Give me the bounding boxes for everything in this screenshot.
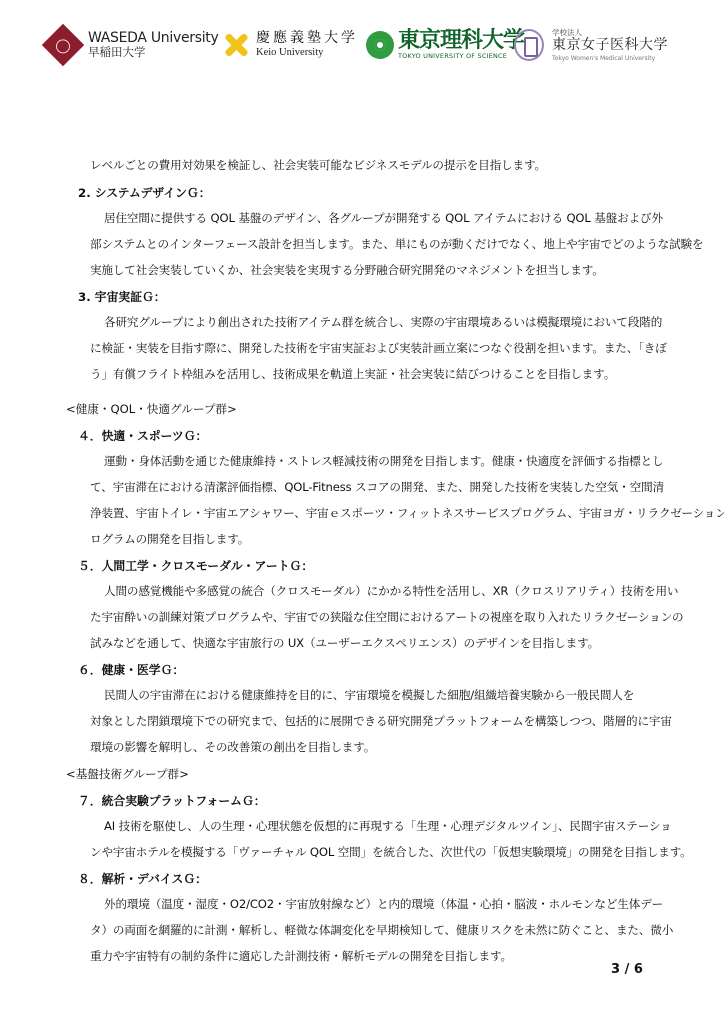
twmu-name-jp: 東京女子医科大学 [552, 37, 668, 55]
keio-logo: 慶應義塾大学 Keio University [224, 22, 358, 68]
group-3-line: う」有償フライト枠組みを活用し、技術成果を軌道上実証・社会実装に結びつけることを… [90, 366, 615, 382]
group-7-line: ンや宇宙ホテルを模擬する「ヴァーチャル QOL 空間」を統合した、次世代の「仮想… [90, 844, 692, 860]
tus-name-en: TOKYO UNIVERSITY OF SCIENCE [398, 52, 524, 60]
group-8-heading: ８．解析・デバイスＧ： [78, 870, 207, 887]
group-4-line: 浄装置、宇宙トイレ・宇宙エアシャワー、宇宙ｅスポーツ・フィットネスサービスプログ… [90, 505, 724, 521]
keio-pen-mark-icon [224, 33, 248, 57]
group-5-line: た宇宙酔いの訓練対策プログラムや、宇宙での狭隘な住空間におけるアートの視座を取り… [90, 609, 683, 625]
group-3-line: 各研究グループにより創出された技術アイテム群を統合し、実際の宇宙環境あるいは模擬… [104, 314, 662, 330]
waseda-logo: WASEDA University 早稲田大学 [44, 22, 218, 68]
tus-name-jp: 東京理科大学 [398, 30, 524, 52]
keio-name-en: Keio University [256, 47, 358, 60]
section-base-tech-title: <基盤技術グループ群> [66, 766, 189, 782]
group-3-heading: 3. 宇宙実証Ｇ： [78, 288, 166, 305]
group-8-line: タ）の両面を網羅的に計測・解析し、軽微な体調変化を早期検知して、健康リスクを未然… [90, 922, 673, 938]
group-4-line: て、宇宙滞在における清潔評価指標、QOL-Fitness スコアの開発、また、開… [90, 479, 664, 495]
group-4-line: ログラムの開発を目指します。 [90, 531, 249, 547]
group-5-heading: ５．人間工学・クロスモーダル・アートＧ： [78, 557, 313, 574]
waseda-name-en: WASEDA University [88, 30, 218, 46]
university-logos-header: WASEDA University 早稲田大学 慶應義塾大学 Keio Univ… [44, 22, 684, 68]
group-8-line: 外的環境（温度・湿度・O2/CO2・宇宙放射線など）と内的環境（体温・心拍・脳波… [104, 896, 663, 912]
waseda-emblem-icon [42, 24, 84, 66]
group-6-line: 民間人の宇宙滞在における健康維持を目的に、宇宙環境を模擬した細胞/組織培養実験か… [104, 687, 634, 703]
group-2-line: 実施して社会実装していくか、社会実装を実現する分野融合研究開発のマネジメントを担… [90, 262, 604, 278]
waseda-name-jp: 早稲田大学 [88, 46, 218, 59]
group-8-line: 重力や宇宙特有の制約条件に適応した計測技術・解析モデルの開発を目指します。 [90, 948, 512, 964]
group-6-heading: ６．健康・医学Ｇ： [78, 661, 184, 678]
group-5-line: 試みなどを通して、快適な宇宙旅行の UX（ユーザーエクスペリエンス）のデザインを… [90, 635, 599, 651]
twmu-name-en: Tokyo Women's Medical University [552, 55, 668, 63]
group-4-line: 運動・身体活動を通じた健康維持・ストレス軽減技術の開発を目指します。健康・快適度… [104, 453, 663, 469]
twmu-corp-label: 学校法人 [552, 28, 668, 37]
group-3-line: に検証・実装を目指す際に、開発した技術を宇宙実証および実装計画立案につなぐ役割を… [90, 340, 667, 356]
page-number: 3 / 6 [611, 962, 643, 977]
group-2-heading: 2. システムデザインＧ： [78, 184, 211, 201]
twmu-seal-icon [514, 29, 544, 61]
group-4-heading: ４．快適・スポーツＧ： [78, 427, 207, 444]
tus-logo: 東京理科大学 TOKYO UNIVERSITY OF SCIENCE [366, 22, 524, 68]
group-6-line: 対象とした閉鎖環境下での研究まで、包括的に展開できる研究開発プラットフォームを構… [90, 713, 672, 729]
keio-name-jp: 慶應義塾大学 [256, 30, 358, 47]
twmu-logo: 学校法人 東京女子医科大学 Tokyo Women's Medical Univ… [514, 22, 668, 68]
group-2-line: 部システムとのインターフェース設計を担当します。また、単にものが動くだけでなく、… [90, 236, 703, 252]
group-7-line: AI 技術を駆使し、人の生理・心理状態を仮想的に再現する「生理・心理デジタルツイ… [104, 818, 672, 834]
section-health-qol-title: <健康・QOL・快適グループ群> [66, 401, 237, 417]
group-5-line: 人間の感覚機能や多感覚の統合（クロスモーダル）にかかる特性を活用し、XR（クロス… [104, 583, 678, 599]
group-2-line: 居住空間に提供する QOL 基盤のデザイン、各グループが開発する QOL アイテ… [104, 210, 663, 226]
intro-line: レベルごとの費用対効果を検証し、社会実装可能なビジネスモデルの提示を目指します。 [90, 157, 546, 173]
tus-seal-icon [366, 31, 394, 59]
group-7-heading: ７．統合実験プラットフォームＧ： [78, 792, 266, 809]
group-6-line: 環境の影響を解明し、その改善策の創出を目指します。 [90, 739, 375, 755]
